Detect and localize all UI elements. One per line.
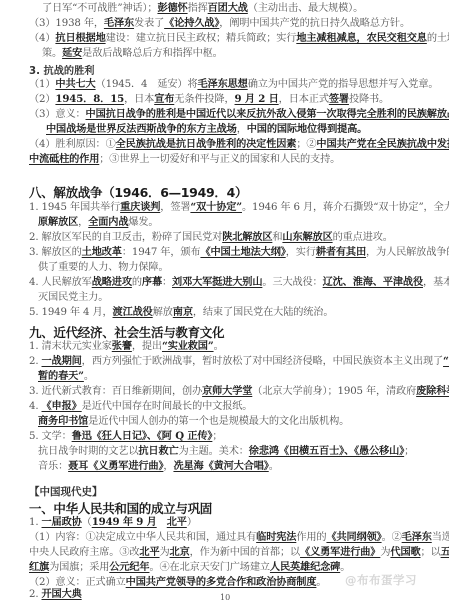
- keyword: 代国歌: [390, 546, 420, 558]
- text: （2）: [29, 94, 55, 105]
- text: 4. 人民解放军: [29, 277, 92, 288]
- keyword: 人民英雄纪念碑: [270, 561, 340, 573]
- text-line: 1. 清末状元实业家张謇，提出“实业救国”。: [29, 340, 224, 353]
- text: 和: [272, 232, 282, 243]
- text: 。: [316, 577, 326, 588]
- keyword: 一届政协: [42, 516, 82, 528]
- text: ，基本消: [423, 277, 449, 288]
- text: （1）: [29, 79, 55, 90]
- text-line: 红旗为国旗；采用公元纪年。④在北京天安门广场建立人民英雄纪念碑。: [29, 561, 350, 574]
- text: 。②: [382, 532, 402, 543]
- keyword: 南京: [173, 306, 193, 318]
- text-line: 5. 文学：鲁迅《狂人日记》、《阿 Q 正传》；: [29, 430, 222, 443]
- text: 是近代中国人创办的第一个也是规模最大的文化出版机构。: [88, 416, 349, 427]
- keyword: 北平: [167, 516, 187, 528]
- text: 4.: [29, 401, 42, 412]
- text: （1）内容：①决定成立中华人民共和国，通过具有: [29, 532, 256, 543]
- keyword: 1945．8．15: [55, 93, 124, 105]
- text-line: （2）1945．8．15，日本宣布无条件投降，9 月 2 日，日本正式签署投降书…: [29, 93, 389, 106]
- text-line: 音乐：聂耳《义勇军进行曲》，冼星海《黄河大合唱》。: [38, 460, 279, 473]
- keyword: 宣布: [154, 93, 174, 105]
- text-line: 供了重要的人力、物力保障。: [38, 261, 169, 274]
- section-heading-modern-economy: 九、近代经济、社会生活与教育文化: [29, 323, 224, 341]
- text: ：1947 年，颁布: [122, 247, 201, 258]
- text-line: （1）内容：①决定成立中华人民共和国，通过具有临时宪法作用的《共同纲领》。②毛泽…: [29, 531, 449, 544]
- text: ；以: [421, 547, 441, 558]
- keyword: 《义勇军进行曲》: [300, 546, 380, 558]
- text: 2.: [29, 356, 42, 367]
- keyword: 毛泽东思想: [198, 78, 248, 90]
- keyword: 徐悲鸿《田横五百士》、《愚公移山》: [249, 445, 404, 457]
- keyword: “实业救国”: [162, 340, 214, 352]
- text: 。三大战役：: [262, 277, 322, 288]
- text-line: 暂的春天”。: [38, 370, 94, 383]
- text: 无条件投降，: [174, 94, 234, 105]
- text: 作用的: [296, 532, 326, 543]
- text-line: 商务印书馆是近代中国人创办的第一个也是规模最大的文化出版机构。: [38, 415, 349, 428]
- text-line: 4. 人民解放军战略进攻的序幕：刘邓大军挺进大别山。三大战役：辽沈、淮海、平津战…: [29, 276, 449, 289]
- keyword: 《论持久战》: [164, 17, 219, 29]
- text: 当选为: [432, 532, 449, 543]
- text: 投降书。: [349, 94, 389, 105]
- keyword: 北京: [170, 546, 190, 558]
- text: 指挥: [188, 3, 208, 14]
- text-line: 中国战场是世界反法西斯战争的东方主战场，中国的国际地位得到提高。: [46, 123, 367, 136]
- keyword: 中国战场是世界反法西斯战争的东方主战场: [46, 123, 237, 135]
- keyword: 鲁迅《狂人日记》、《阿 Q 正传》: [72, 430, 213, 442]
- keyword: 商务印书馆: [38, 415, 88, 427]
- text-line: （1）中共七大（1945．4 延安）将毛泽东思想确立为中国共产党的指导思想并写入…: [29, 78, 438, 91]
- text: （2）意义：正式确立: [29, 577, 126, 588]
- keyword: 序幕: [142, 276, 162, 288]
- text: ，: [237, 124, 247, 135]
- keyword: 公元纪年: [109, 561, 149, 573]
- text: ，西方列强忙于欧洲战事，暂时放松了对中国经济侵略，中国民族资本主义出现了: [82, 356, 443, 367]
- keyword: 张謇: [112, 340, 132, 352]
- text: 建设：建立抗日民主政权；精兵简政；实行: [106, 33, 297, 44]
- text: 5. 1949 年 4 月，: [29, 307, 113, 318]
- keyword: 中流砥柱的作用: [29, 153, 99, 165]
- text-line: （4）胜利原因：①全民族抗战是抗日战争胜利的决定性因素；②中国共产党在全民族抗战…: [29, 138, 449, 151]
- keyword: 抗日根据地: [55, 32, 105, 44]
- text: 3. 解放区的: [29, 247, 82, 258]
- keyword: 签署: [329, 93, 349, 105]
- text: ，实行: [286, 247, 316, 258]
- keyword: 北平: [139, 546, 159, 558]
- text: （3）意义：: [29, 109, 86, 120]
- text: ，作为新中国的首都；以: [190, 547, 300, 558]
- text-line: 2. 开国大典: [29, 588, 82, 600]
- text-line: 中流砥柱的作用；③世界上一切爱好和平与正义的国家和人民的支持。: [29, 153, 340, 166]
- text: 。: [84, 371, 94, 382]
- page-number: 10: [220, 593, 230, 600]
- section-heading-liberation-war: 八、解放战争（1946．6—1949．4）: [29, 183, 247, 201]
- text: 1. 1945 年国共举行: [29, 202, 120, 213]
- keyword: 《中国土地法大纲》: [200, 246, 285, 258]
- keyword: 暂的春天”: [38, 370, 84, 382]
- text-line: 了日军“不可战胜”神话）；彭德怀指挥百团大战（主动出击、最大规模）。: [42, 2, 363, 15]
- keyword: 毛泽东: [104, 17, 134, 29]
- text: ，为人民解放战争的胜利提: [366, 247, 449, 258]
- text: ；: [212, 431, 222, 442]
- watermark: @布布蛋学习: [345, 572, 417, 588]
- keyword: 中国共产党在全民族抗战中发挥了: [316, 138, 449, 150]
- keyword: 冼星海《黄河大合唱》: [173, 460, 268, 472]
- keyword: 中国抗日战争的胜利是中国近代以来反抗外敌入侵第一次取得完全胜利的民族解放战争: [86, 108, 449, 120]
- text: ，提出: [132, 341, 162, 352]
- keyword: 耕者有其田: [316, 246, 366, 258]
- keyword: 中国的国际地位得到提高。: [247, 123, 367, 135]
- keyword: 山东解放区: [282, 231, 332, 243]
- keyword: 9 月 2 日: [235, 93, 279, 105]
- keyword: “双十协定”: [190, 201, 242, 213]
- text: （主动出击、最大规模）。: [248, 3, 363, 14]
- text: ，结束了国民党在大陆的统治。: [193, 307, 334, 318]
- keyword: 红旗: [29, 561, 49, 573]
- text-line: （3）意义：中国抗日战争的胜利是中国近代以来反抗外敌入侵第一次取得完全胜利的民族…: [29, 108, 449, 121]
- keyword: “短: [443, 355, 449, 367]
- text: ，: [163, 461, 173, 472]
- text: ，: [78, 217, 88, 228]
- text-line: （4）抗日根据地建设：建立抗日民主政权；精兵简政；实行地主减租减息，农民交租交息…: [29, 32, 449, 45]
- text: 。④在北京天安门广场建立: [149, 562, 269, 573]
- text: 中央人民政府主席。③改: [29, 547, 139, 558]
- keyword: 抗日救亡: [138, 445, 178, 457]
- keyword: 百团大战: [208, 2, 248, 14]
- text: 了日军“不可战胜”神话）；: [42, 3, 157, 14]
- keyword: 重庆谈判: [120, 201, 160, 213]
- text: 。1946 年 6 月，蒋介石撕毁“双十协定”，全力进攻: [242, 202, 449, 213]
- text: ）: [187, 517, 197, 528]
- text: ；: [404, 446, 414, 457]
- text-line: 5. 1949 年 4 月，渡江战役解放南京，结束了国民党在大陆的统治。: [29, 306, 333, 319]
- keyword: 辽沈、淮海、平津战役: [323, 276, 423, 288]
- text: 为主题。美术：: [179, 446, 249, 457]
- text: ，阐明中国共产党的抗日持久战略总方针。: [219, 18, 410, 29]
- keyword: 延安: [62, 47, 82, 59]
- text: 。: [269, 461, 279, 472]
- text-line: 策。延安是敌后战略总后方和指挥中枢。: [42, 47, 223, 60]
- text: 供了重要的人力、物力保障。: [38, 262, 169, 273]
- keyword: 彭德怀: [157, 2, 187, 14]
- text: [157, 517, 167, 528]
- part-title-modern-history: 【中国现代史】: [29, 484, 103, 499]
- text: 5. 文学：: [29, 431, 72, 442]
- text: 2.: [29, 589, 42, 600]
- text: （4）: [29, 33, 55, 44]
- text: 。: [214, 341, 224, 352]
- text: 的: [132, 277, 142, 288]
- text-line: 抗日战争时期的文艺以抗日救亡为主题。美术：徐悲鸿《田横五百士》、《愚公移山》；: [38, 445, 414, 458]
- text: 的土地政: [427, 33, 449, 44]
- text-line: 中央人民政府主席。③改北平为北京，作为新中国的首都；以《义勇军进行曲》为代国歌；…: [29, 546, 449, 559]
- text: 确立为中国共产党的指导思想并写入党章。: [248, 79, 439, 90]
- text: 解放: [153, 307, 173, 318]
- keyword: 全面内战: [88, 216, 128, 228]
- text: 1.: [29, 517, 42, 528]
- text-line: 3. 近代新式教育：百日维新期间，创办京师大学堂（北京大学前身）；1905 年，…: [29, 385, 449, 398]
- text: ，日本: [124, 94, 154, 105]
- text: （1945．4 延安）将: [96, 79, 198, 90]
- text: 灭国民党主力。: [38, 292, 108, 303]
- keyword: 陕北解放区: [222, 231, 272, 243]
- text-line: 2. 解放区军民的自卫反击，粉碎了国民党对陕北解放区和山东解放区的重点进攻。: [29, 231, 393, 244]
- keyword: 土地改革: [82, 246, 122, 258]
- keyword: 毛泽东: [402, 531, 432, 543]
- keyword: 中国共产党领导的多党合作和政治协商制度: [126, 576, 317, 588]
- text: 的重点进攻。: [333, 232, 393, 243]
- keyword: 临时宪法: [256, 531, 296, 543]
- text: ，日本正式: [279, 94, 329, 105]
- keyword: 《共同纲领》: [326, 531, 381, 543]
- text: （4）胜利原因：①: [29, 139, 116, 150]
- section-heading-prc-founding: 一、中华人民共和国的成立与巩固: [29, 499, 212, 517]
- text: 2. 解放区军民的自卫反击，粉碎了国民党对: [29, 232, 222, 243]
- text: 3. 近代新式教育：百日维新期间，创办: [29, 386, 202, 397]
- text: （3）1938 年，: [29, 18, 104, 29]
- keyword: 开国大典: [42, 588, 82, 600]
- subheading: 3. 抗战的胜利: [29, 62, 94, 77]
- text: 是敌后战略总后方和指挥中枢。: [82, 48, 223, 59]
- text-line: 灭国民党主力。: [38, 291, 108, 304]
- keyword: 中共七大: [55, 78, 95, 90]
- text: 为国旗；采用: [49, 562, 109, 573]
- keyword: 聂耳《义勇军进行曲》: [68, 460, 163, 472]
- keyword: 刘邓大军挺进大别山: [172, 276, 262, 288]
- text: 为: [160, 547, 170, 558]
- text-line: 1. 1945 年国共举行重庆谈判，签署“双十协定”。1946 年 6 月，蒋介…: [29, 201, 449, 214]
- keyword: 《申报》: [42, 400, 82, 412]
- text-line: 原解放区，全面内战爆发。: [38, 216, 158, 229]
- text-line: （3）1938 年，毛泽东发表了《论持久战》，阐明中国共产党的抗日持久战略总方针…: [29, 17, 410, 30]
- keyword: 废除科举制: [416, 385, 449, 397]
- text-line: 1. 一届政协（1949 年 9 月 北平）: [29, 516, 197, 529]
- keyword: 一战期间: [42, 355, 82, 367]
- text: 爆发。: [128, 217, 158, 228]
- text: （: [82, 517, 92, 528]
- keyword: 五星: [441, 546, 449, 558]
- text: 策。: [42, 48, 62, 59]
- text: 音乐：: [38, 461, 68, 472]
- text: 是近代中国存在时间最长的中文报纸。: [82, 401, 253, 412]
- text-line: 3. 解放区的土地改革：1947 年，颁布《中国土地法大纲》，实行耕者有其田，为…: [29, 246, 449, 259]
- text: （北京大学前身）；1905 年，清政府: [252, 386, 416, 397]
- text: 抗日战争时期的文艺以: [38, 446, 138, 457]
- text: ；③世界上一切爱好和平与正义的国家和人民的支持。: [99, 154, 340, 165]
- document-page: 了日军“不可战胜”神话）；彭德怀指挥百团大战（主动出击、最大规模）。 （3）19…: [0, 0, 449, 600]
- text: ；②: [296, 139, 316, 150]
- keyword: 地主减租减息，农民交租交息: [296, 32, 427, 44]
- keyword: 原解放区: [38, 216, 78, 228]
- keyword: 全民族抗战是抗日战争胜利的决定性因素: [116, 138, 297, 150]
- text-line: 4. 《申报》是近代中国存在时间最长的中文报纸。: [29, 400, 252, 413]
- text: 发表了: [134, 18, 164, 29]
- text: ，签署: [160, 202, 190, 213]
- text: ：: [162, 277, 172, 288]
- keyword: 渡江战役: [113, 306, 153, 318]
- text: 为: [380, 547, 390, 558]
- keyword: 京师大学堂: [202, 385, 252, 397]
- text-line: 2. 一战期间，西方列强忙于欧洲战事，暂时放松了对中国经济侵略，中国民族资本主义…: [29, 355, 449, 368]
- text: 1. 清末状元实业家: [29, 341, 112, 352]
- keyword: 战略进攻: [92, 276, 132, 288]
- keyword: 1949 年 9 月: [92, 516, 157, 528]
